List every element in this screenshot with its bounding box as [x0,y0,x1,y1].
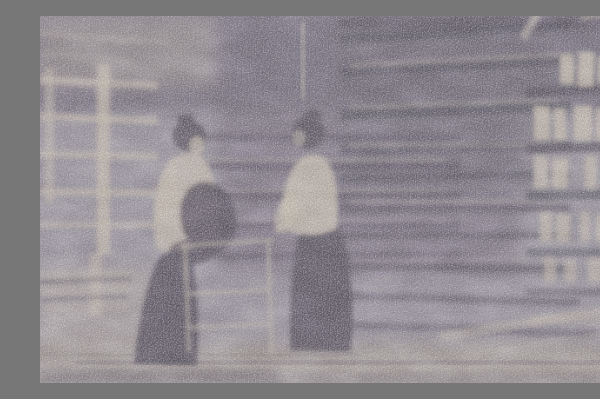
newspaper-photo: Grainy newspaper photograph of two women… [40,16,600,383]
photo-canvas [40,16,600,383]
dark-grain-overlay [40,16,600,383]
